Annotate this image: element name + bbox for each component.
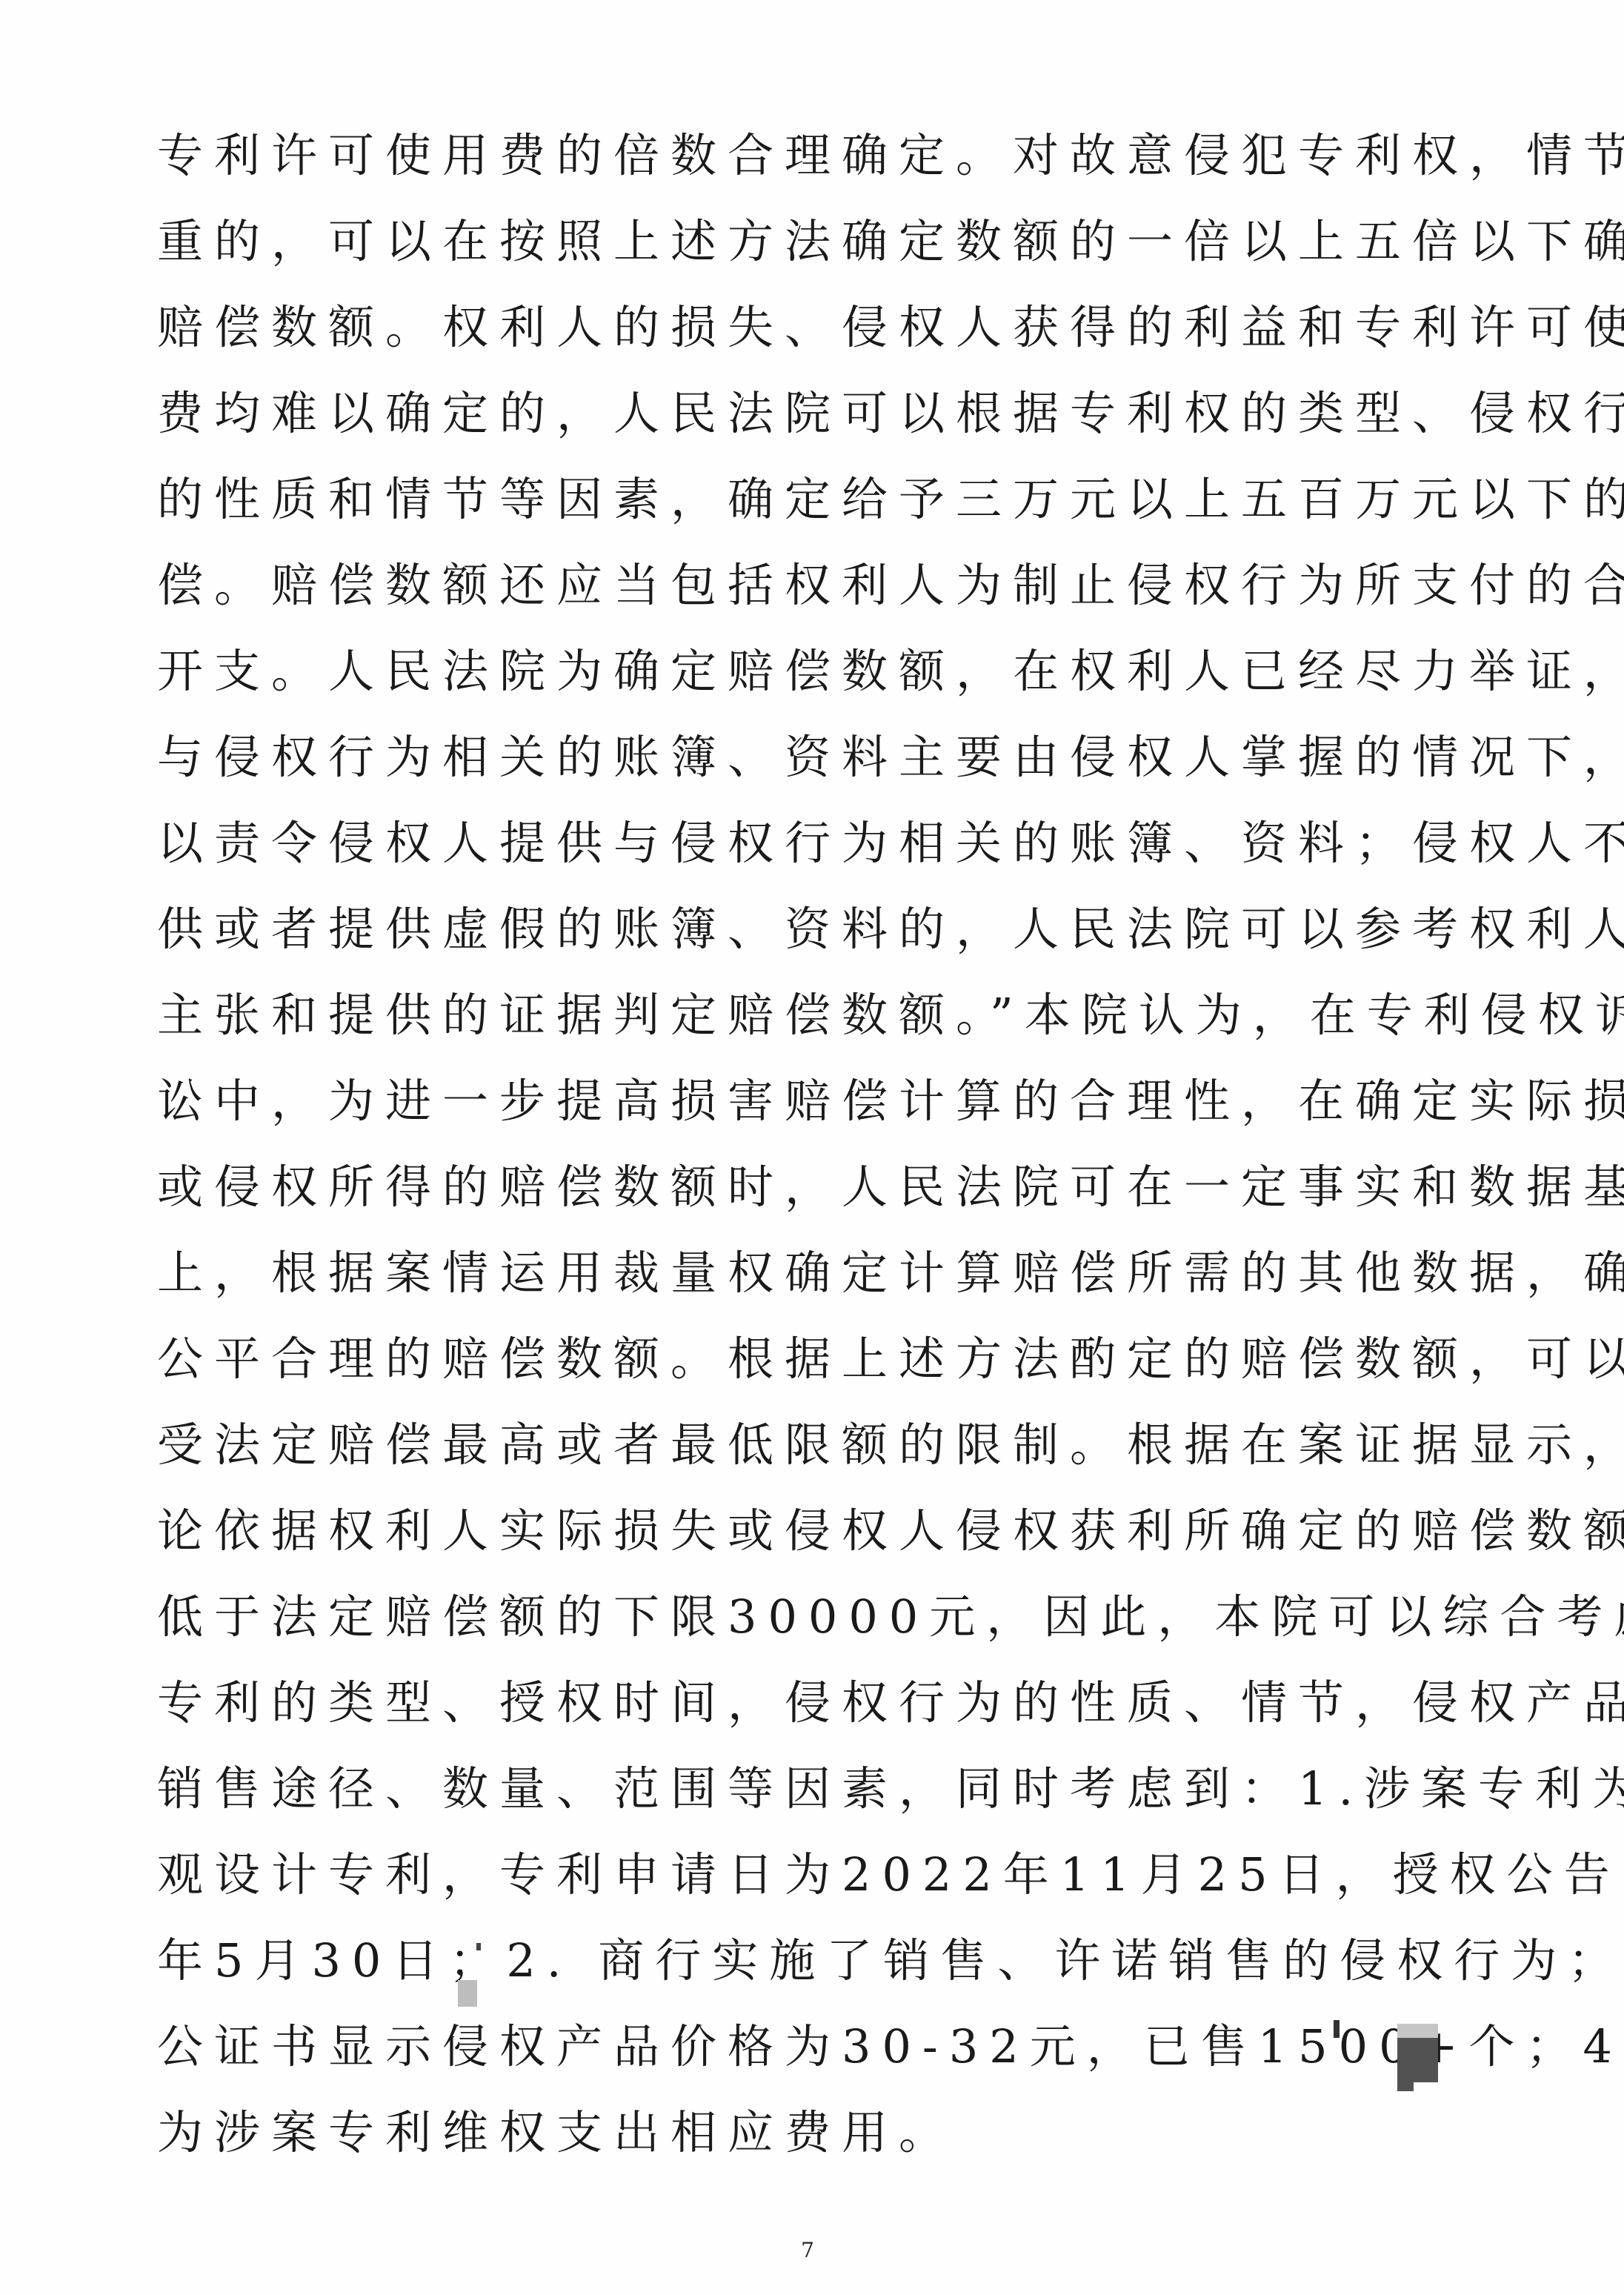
text-line: 专利的类型、授权时间，侵权行为的性质、情节，侵权产品的 [157, 1660, 1461, 1746]
text-line: 的性质和情节等因素，确定给予三万元以上五百万元以下的赔 [157, 456, 1461, 542]
document-page: 专利许可使用费的倍数合理确定。对故意侵犯专利权，情节严 重的，可以在按照上述方法… [0, 0, 1624, 2295]
judgment-text-body: 专利许可使用费的倍数合理确定。对故意侵犯专利权，情节严 重的，可以在按照上述方法… [157, 113, 1461, 2176]
text-line: 观设计专利，专利申请日为2022年11月25日，授权公告日为2023 [157, 1832, 1461, 1918]
redaction-mark [476, 1943, 481, 1950]
text-line: 费均难以确定的，人民法院可以根据专利权的类型、侵权行为 [157, 371, 1461, 456]
text-line: 专利许可使用费的倍数合理确定。对故意侵犯专利权，情节严 [157, 113, 1461, 199]
text-line: 受法定赔偿最高或者最低限额的限制。根据在案证据显示，无 [157, 1402, 1461, 1488]
text-line: 或侵权所得的赔偿数额时，人民法院可在一定事实和数据基础 [157, 1144, 1461, 1230]
text-line: 为涉案专利维权支出相应费用。 [157, 2090, 1461, 2176]
text-line: 销售途径、数量、范围等因素，同时考虑到：1.涉案专利为外 [157, 1746, 1461, 1832]
redaction-mark [1334, 2020, 1340, 2038]
text-line: 开支。人民法院为确定赔偿数额，在权利人已经尽力举证，而 [157, 628, 1461, 714]
redaction-block [1397, 2038, 1438, 2082]
text-line: 重的，可以在按照上述方法确定数额的一倍以上五倍以下确定 [157, 199, 1461, 285]
redaction-block [1397, 2081, 1414, 2091]
redaction-block [1397, 2024, 1438, 2038]
text-line: 上，根据案情运用裁量权确定计算赔偿所需的其他数据，确定 [157, 1230, 1461, 1316]
text-line: 年5月30日；2. 商行实施了销售、许诺销售的侵权行为；3. [157, 1918, 1461, 2004]
text-line: 供或者提供虚假的账簿、资料的，人民法院可以参考权利人的 [157, 886, 1461, 972]
text-line: 偿。赔偿数额还应当包括权利人为制止侵权行为所支付的合理 [157, 542, 1461, 628]
text-line: 论依据权利人实际损失或侵权人侵权获利所确定的赔偿数额均 [157, 1488, 1461, 1574]
text-line: 公平合理的赔偿数额。根据上述方法酌定的赔偿数额，可以不 [157, 1316, 1461, 1402]
redaction-block [458, 1980, 477, 2007]
text-line: 公证书显示侵权产品价格为30-32元，已售1500+个；4.吕 [157, 2004, 1461, 2090]
text-line: 低于法定赔偿额的下限30000元，因此，本院可以综合考虑涉案 [157, 1574, 1461, 1660]
text-line: 讼中，为进一步提高损害赔偿计算的合理性，在确定实际损失 [157, 1058, 1461, 1144]
page-number: 7 [793, 2238, 822, 2262]
text-line: 与侵权行为相关的账簿、资料主要由侵权人掌握的情况下，可 [157, 714, 1461, 800]
text-line: 赔偿数额。权利人的损失、侵权人获得的利益和专利许可使用 [157, 285, 1461, 371]
text-line: 主张和提供的证据判定赔偿数额。”本院认为，在专利侵权诉 [157, 972, 1461, 1058]
text-line: 以责令侵权人提供与侵权行为相关的账簿、资料；侵权人不提 [157, 800, 1461, 886]
